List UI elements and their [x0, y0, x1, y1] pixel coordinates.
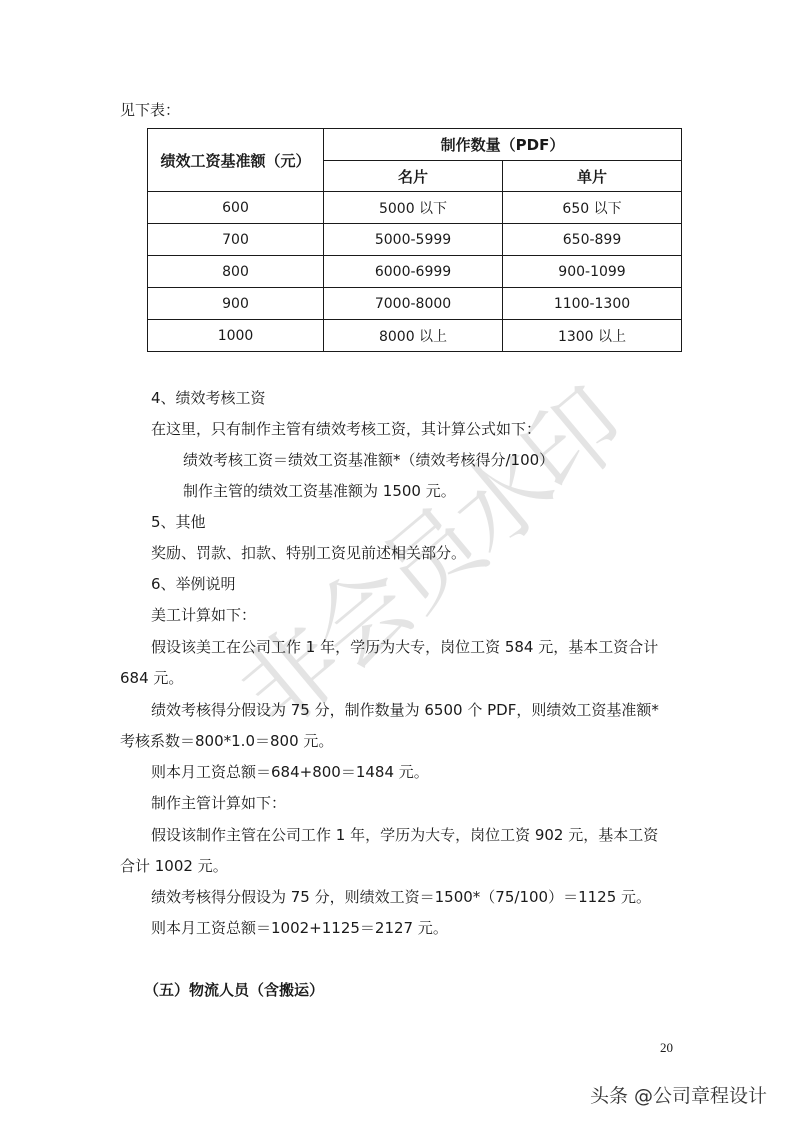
- footer-credit: 头条 @公司章程设计: [590, 1081, 767, 1108]
- cell-single: 650 以下: [503, 192, 682, 224]
- cell-card: 6000-6999: [324, 256, 503, 288]
- section6-heading: 6、举例说明: [151, 574, 236, 594]
- cell-card: 5000 以下: [324, 192, 503, 224]
- section4-note: 制作主管的绩效工资基准额为 1500 元。: [183, 481, 456, 501]
- artist-example-line: 绩效考核得分假设为 75 分，制作数量为 6500 个 PDF，则绩效工资基准额…: [151, 700, 659, 720]
- cell-base: 1000: [148, 320, 324, 352]
- table-row: 600 5000 以下 650 以下: [148, 192, 682, 224]
- supervisor-example-line: 绩效考核得分假设为 75 分，则绩效工资＝1500*（75/100）＝1125 …: [151, 887, 651, 907]
- cell-single: 650-899: [503, 224, 682, 256]
- section5-heading: 5、其他: [151, 512, 206, 532]
- table-row: 1000 8000 以上 1300 以上: [148, 320, 682, 352]
- cell-single: 1100-1300: [503, 288, 682, 320]
- header-business-card: 名片: [324, 161, 503, 192]
- cell-base: 600: [148, 192, 324, 224]
- page-content: 见下表： 绩效工资基准额（元） 制作数量（PDF） 名片 单片 600 5000…: [0, 0, 793, 1122]
- table-intro: 见下表：: [120, 100, 180, 120]
- supervisor-example-line: 假设该制作主管在公司工作 1 年，学历为大专，岗位工资 902 元，基本工资: [151, 825, 658, 845]
- cell-card: 7000-8000: [324, 288, 503, 320]
- table-row: 800 6000-6999 900-1099: [148, 256, 682, 288]
- page-number: 20: [660, 1040, 673, 1056]
- section4-heading: 4、绩效考核工资: [151, 388, 266, 408]
- cell-single: 1300 以上: [503, 320, 682, 352]
- cell-base: 800: [148, 256, 324, 288]
- supervisor-example-title: 制作主管计算如下：: [151, 793, 286, 813]
- header-single-sheet: 单片: [503, 161, 682, 192]
- supervisor-example-total: 则本月工资总额＝1002+1125＝2127 元。: [151, 918, 448, 938]
- artist-example-title: 美工计算如下：: [151, 605, 256, 625]
- artist-example-line: 考核系数＝800*1.0＝800 元。: [120, 731, 333, 751]
- cell-card: 8000 以上: [324, 320, 503, 352]
- header-production-quantity: 制作数量（PDF）: [324, 129, 682, 161]
- table-row: 900 7000-8000 1100-1300: [148, 288, 682, 320]
- document-page: 非会员水印 见下表： 绩效工资基准额（元） 制作数量（PDF） 名片 单片 60…: [0, 0, 793, 1122]
- artist-example-line: 684 元。: [120, 668, 183, 688]
- table-row: 700 5000-5999 650-899: [148, 224, 682, 256]
- cell-single: 900-1099: [503, 256, 682, 288]
- cell-base: 900: [148, 288, 324, 320]
- supervisor-example-line: 合计 1002 元。: [120, 856, 228, 876]
- header-base-amount: 绩效工资基准额（元）: [148, 129, 324, 192]
- artist-example-line: 假设该美工在公司工作 1 年，学历为大专，岗位工资 584 元，基本工资合计: [151, 637, 658, 657]
- table-header-row: 绩效工资基准额（元） 制作数量（PDF）: [148, 129, 682, 161]
- artist-example-total: 则本月工资总额＝684+800＝1484 元。: [151, 762, 429, 782]
- cell-card: 5000-5999: [324, 224, 503, 256]
- next-section-heading: （五）物流人员（含搬运）: [144, 980, 324, 1000]
- section4-formula: 绩效考核工资＝绩效工资基准额*（绩效考核得分/100）: [183, 450, 554, 470]
- section5-paragraph: 奖励、罚款、扣款、特别工资见前述相关部分。: [151, 543, 466, 563]
- performance-wage-table: 绩效工资基准额（元） 制作数量（PDF） 名片 单片 600 5000 以下 6…: [147, 128, 682, 352]
- section4-paragraph: 在这里，只有制作主管有绩效考核工资，其计算公式如下：: [151, 419, 541, 439]
- cell-base: 700: [148, 224, 324, 256]
